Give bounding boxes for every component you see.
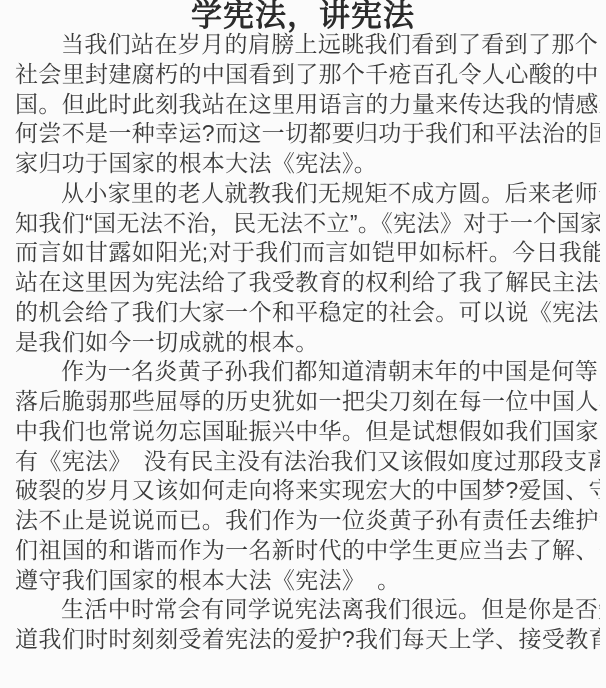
text-line: 落后脆弱那些屈辱的历史犹如一把尖刀刻在每一位中国人心 <box>15 387 600 417</box>
text-line: 法不止是说说而已。我们作为一位炎黄子孙有责任去维护我 <box>15 506 600 536</box>
paragraph: 生活中时常会有同学说宪法离我们很远。但是你是否知道我们时时刻刻受着宪法的爱护?我… <box>15 595 600 655</box>
paragraph: 当我们站在岁月的肩膀上远眺我们看到了看到了那个旧社会里封建腐朽的中国看到了那个千… <box>15 30 600 179</box>
text-line: 家归功于国家的根本大法《宪法》。 <box>15 149 600 179</box>
text-line: 生活中时常会有同学说宪法离我们很远。但是你是否知 <box>15 595 600 625</box>
document-title: 学宪法，讲宪法 <box>0 0 606 30</box>
paragraph: 作为一名炎黄子孙我们都知道清朝末年的中国是何等的落后脆弱那些屈辱的历史犹如一把尖… <box>15 357 600 595</box>
document-body: 当我们站在岁月的肩膀上远眺我们看到了看到了那个旧社会里封建腐朽的中国看到了那个千… <box>0 30 606 655</box>
text-line: 而言如甘露如阳光;对于我们而言如铠甲如标杆。今日我能够 <box>15 238 600 268</box>
text-line: 道我们时时刻刻受着宪法的爱护?我们每天上学、接受教育 <box>15 625 600 655</box>
document-page: 学宪法，讲宪法 当我们站在岁月的肩膀上远眺我们看到了看到了那个旧社会里封建腐朽的… <box>0 0 606 688</box>
text-line: 国。但此时此刻我站在这里用语言的力量来传达我的情感这 <box>15 90 600 120</box>
text-line: 的机会给了我们大家一个和平稳定的社会。可以说《宪法》 <box>15 298 600 328</box>
text-line: 中我们也常说勿忘国耻振兴中华。但是试想假如我们国家没 <box>15 417 600 447</box>
text-line: 作为一名炎黄子孙我们都知道清朝末年的中国是何等的 <box>15 357 600 387</box>
text-line: 是我们如今一切成就的根本。 <box>15 328 600 358</box>
paragraph: 从小家里的老人就教我们无规矩不成方圆。后来老师告知我们“国无法不治，民无法不立”… <box>15 179 600 358</box>
text-line: 知我们“国无法不治，民无法不立”。《宪法》对于一个国家 <box>15 209 600 239</box>
text-line: 社会里封建腐朽的中国看到了那个千疮百孔令人心酸的中 <box>15 60 600 90</box>
text-line: 有《宪法》 没有民主没有法治我们又该假如度过那段支离 <box>15 447 600 477</box>
text-line: 遵守我们国家的根本大法《宪法》 。 <box>15 566 600 596</box>
text-line: 破裂的岁月又该如何走向将来实现宏大的中国梦?爱国、守 <box>15 476 600 506</box>
text-line: 们祖国的和谐而作为一名新时代的中学生更应当去了解、去 <box>15 536 600 566</box>
text-line: 何尝不是一种幸运?而这一切都要归功于我们和平法治的国 <box>15 119 600 149</box>
text-line: 当我们站在岁月的肩膀上远眺我们看到了看到了那个旧 <box>15 30 600 60</box>
text-line: 站在这里因为宪法给了我受教育的权利给了我了解民主法律 <box>15 268 600 298</box>
text-line: 从小家里的老人就教我们无规矩不成方圆。后来老师告 <box>15 179 600 209</box>
